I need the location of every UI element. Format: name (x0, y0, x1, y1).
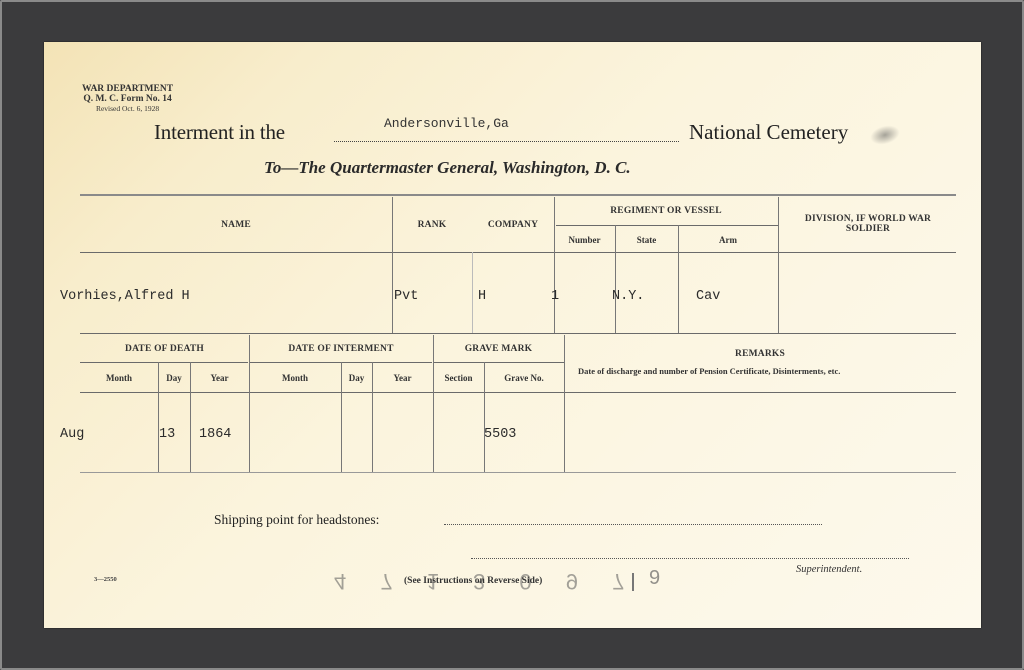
grave-sub-rule (434, 362, 564, 363)
soldier-rank: Pvt (394, 289, 418, 304)
see-instructions-note: (See Instructions on Reverse Side) (404, 576, 542, 586)
header-grave-no: Grave No. (484, 373, 564, 383)
shipping-point-label: Shipping point for headstones: (214, 512, 379, 528)
death-day: 13 (159, 427, 175, 442)
header-interment-day: Day (341, 373, 372, 383)
soldier-company: H (478, 289, 486, 304)
cemetery-name: Andersonville,Ga (384, 116, 509, 131)
stamped-serial-suffix: 9 (649, 567, 660, 590)
header-grave-mark: GRAVE MARK (433, 344, 564, 354)
grave-number: 5503 (484, 427, 516, 442)
death-month: Aug (60, 427, 84, 442)
stamp-bar-mark (632, 573, 634, 591)
col-divider-arm-division (778, 197, 779, 333)
header-regiment-or-vessel: REGIMENT OR VESSEL (554, 206, 778, 216)
department-label: WAR DEPARTMENT (82, 84, 173, 94)
col-divider-rank-company (472, 252, 473, 333)
col-divider-interment-grave (433, 335, 434, 472)
ink-smudge (868, 122, 902, 147)
header-date-of-interment: DATE OF INTERMENT (249, 344, 433, 354)
header-arm: Arm (678, 235, 778, 245)
header-death-month: Month (80, 373, 158, 383)
title-suffix: National Cemetery (689, 120, 848, 145)
header-interment-year: Year (372, 373, 433, 383)
header-number: Number (554, 235, 615, 245)
header-rank: RANK (392, 220, 472, 230)
upper-table-bottom-rule (80, 333, 956, 334)
col-divider-company-regiment (554, 197, 555, 333)
header-remarks: REMARKS (564, 349, 956, 359)
header-death-day: Day (158, 373, 190, 383)
header-death-year: Year (190, 373, 249, 383)
col-divider-name-rank (392, 197, 393, 333)
shipping-point-blank-line (444, 524, 822, 525)
header-section: Section (433, 373, 484, 383)
revised-date: Revised Oct. 6, 1928 (82, 104, 173, 114)
form-number: Q. M. C. Form No. 14 (82, 94, 173, 104)
remarks-description: Date of discharge and number of Pension … (578, 366, 840, 376)
soldier-name: Vorhies,Alfred H (60, 289, 190, 304)
regiment-sub-rule (556, 225, 778, 226)
header-division: DIVISION, IF WORLD WAR SOLDIER (788, 214, 948, 234)
interment-card: WAR DEPARTMENT Q. M. C. Form No. 14 Revi… (44, 42, 981, 628)
header-interment-month: Month (249, 373, 341, 383)
death-year: 1864 (199, 427, 231, 442)
title-prefix: Interment in the (154, 120, 285, 145)
lower-table-bottom-rule (80, 472, 956, 473)
upper-table-top-rule (80, 194, 956, 196)
print-code: 3—2550 (94, 576, 117, 583)
death-sub-rule (80, 362, 248, 363)
addressee-line: To—The Quartermaster General, Washington… (264, 158, 631, 178)
header-date-of-death: DATE OF DEATH (80, 344, 249, 354)
upper-header-bottom-rule (80, 252, 956, 253)
lower-header-bottom-rule (80, 392, 956, 393)
header-state: State (615, 235, 678, 245)
cemetery-blank-line (334, 140, 679, 142)
col-divider-death-interment (249, 335, 250, 472)
regiment-state: N.Y. (612, 289, 644, 304)
header-company: COMPANY (472, 220, 554, 230)
form-id-block: WAR DEPARTMENT Q. M. C. Form No. 14 Revi… (82, 84, 173, 114)
regiment-number: 1 (551, 289, 559, 304)
superintendent-label: Superintendent. (796, 564, 862, 575)
header-name: NAME (80, 220, 392, 230)
regiment-arm: Cav (696, 289, 720, 304)
superintendent-signature-line (471, 558, 909, 559)
